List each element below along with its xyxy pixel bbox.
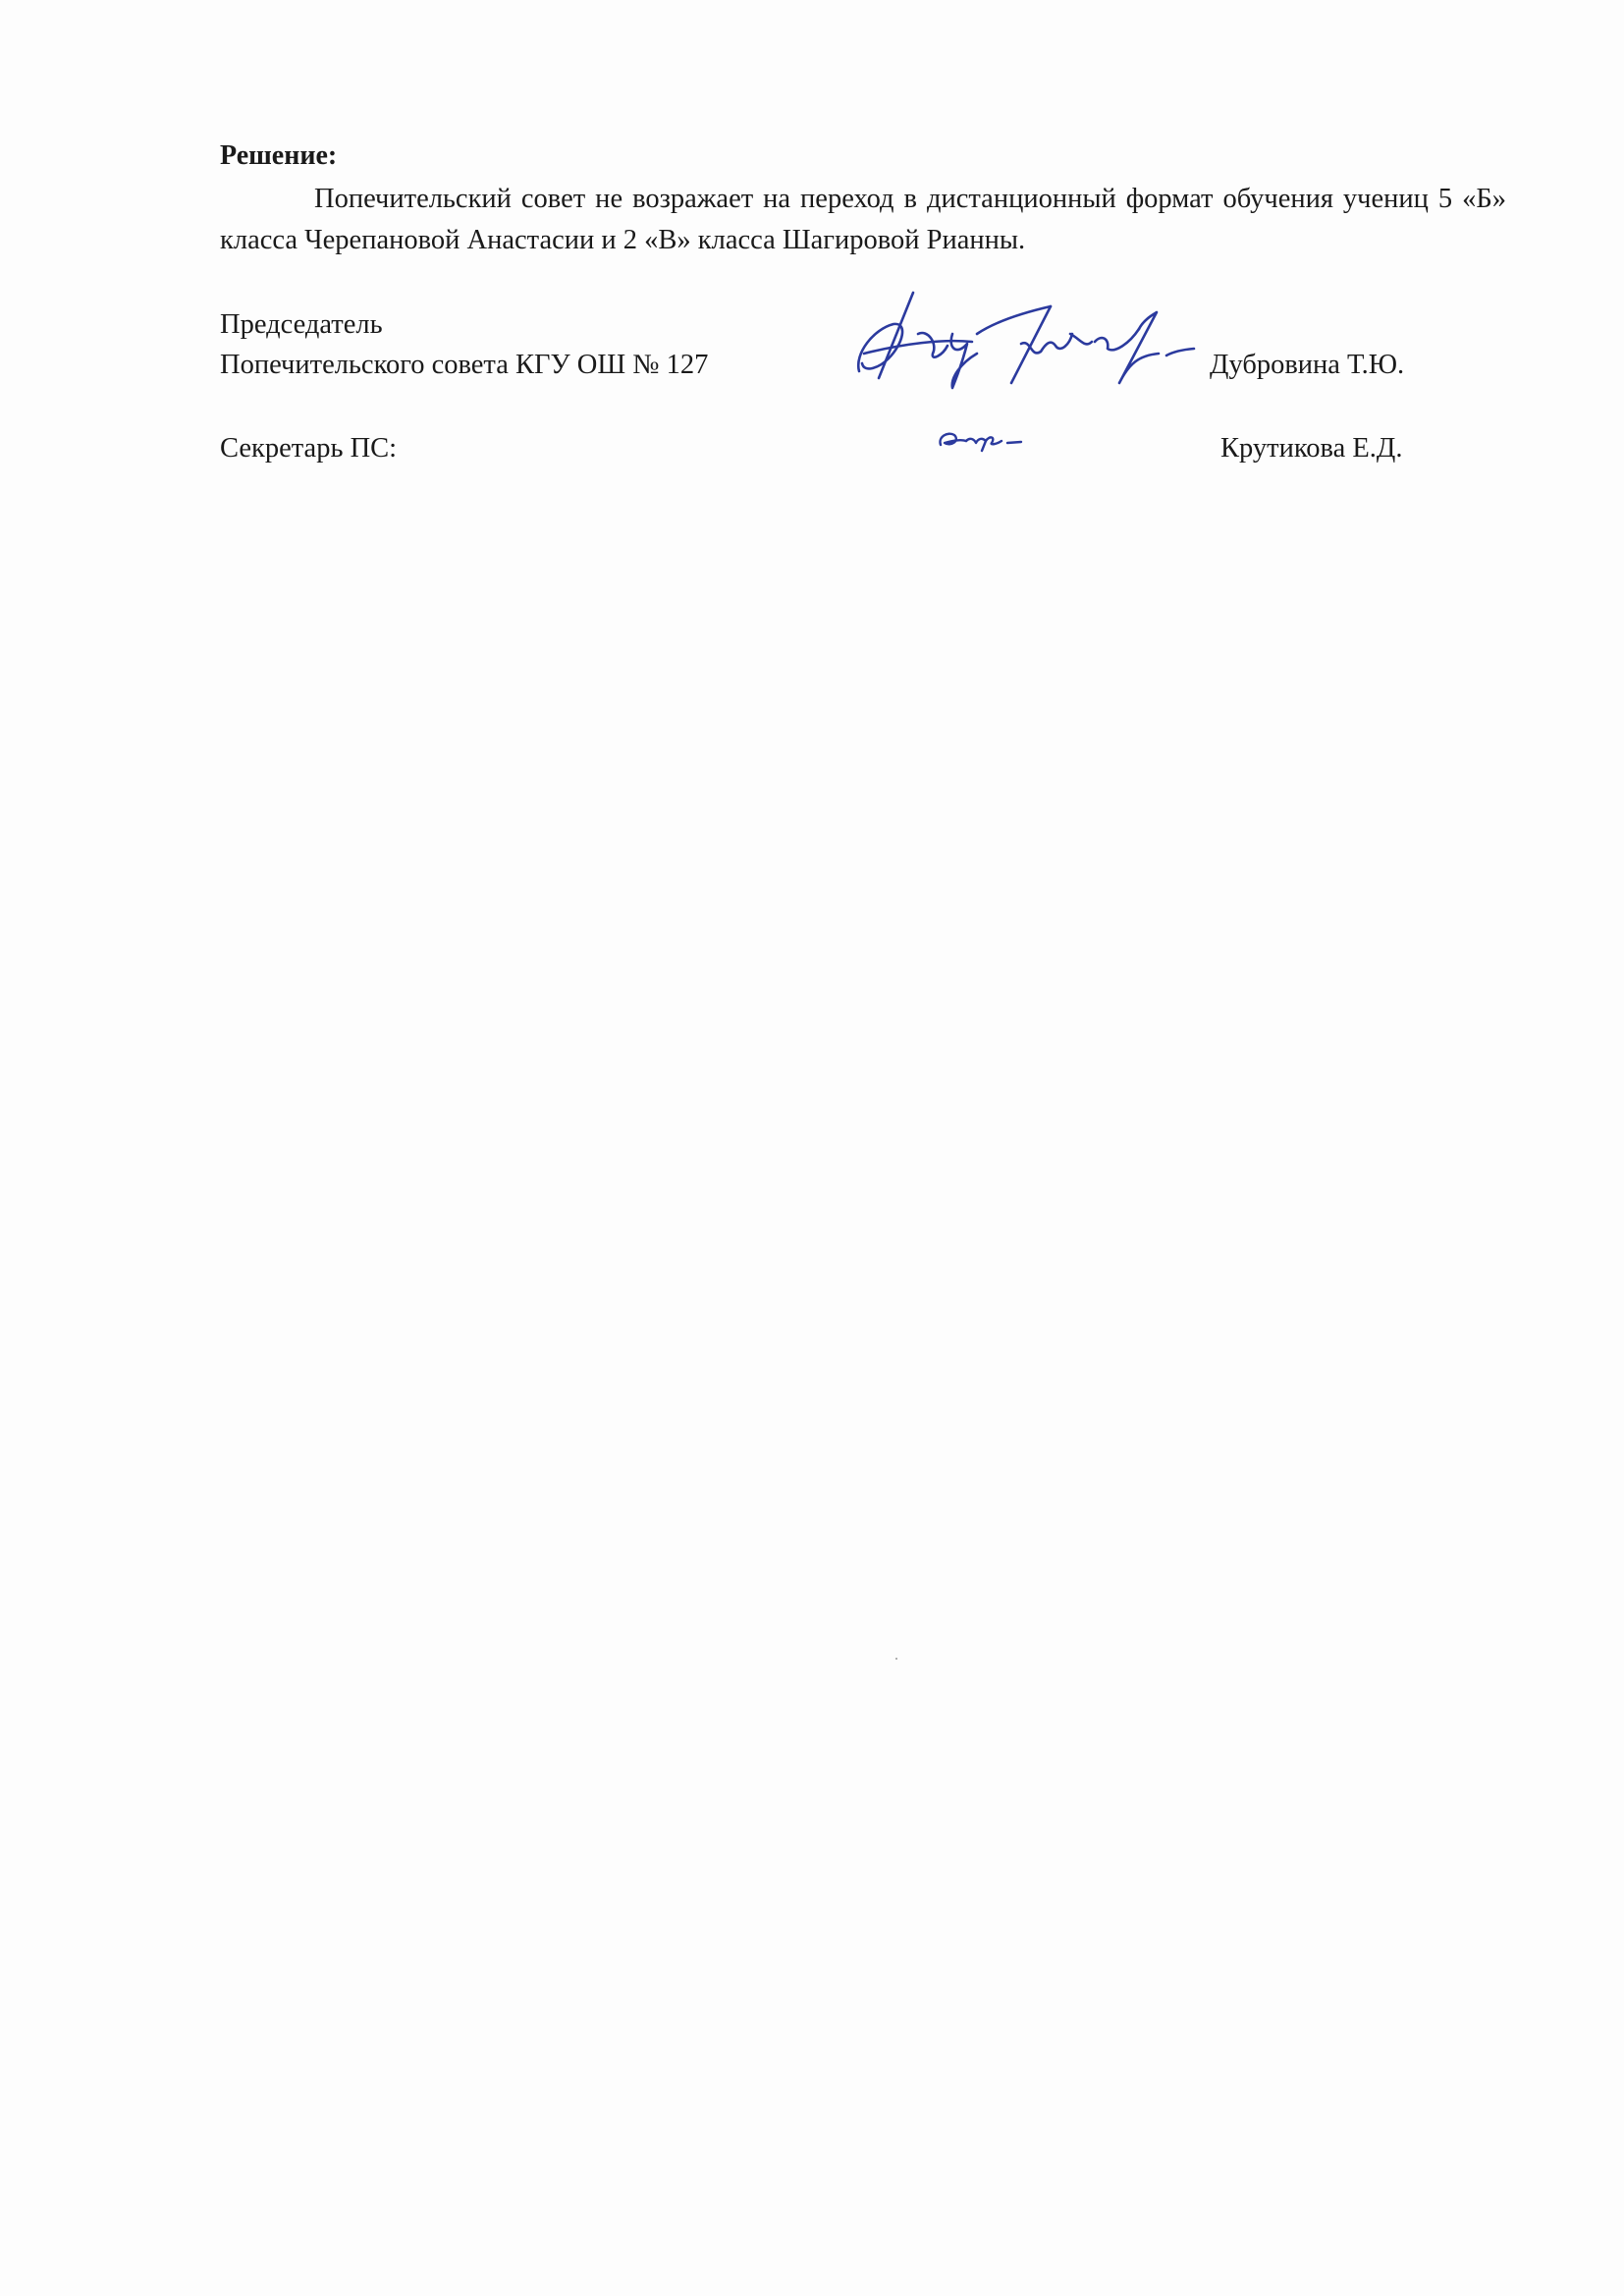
decision-text: Попечительский совет не возражает на пер… xyxy=(220,179,1506,261)
decision-heading: Решение: xyxy=(220,139,337,173)
secretary-name: Крутикова Е.Д. xyxy=(1220,432,1402,465)
document-page: Решение: Попечительский совет не возража… xyxy=(0,0,1624,2296)
chairman-title-line2: Попечительского совета КГУ ОШ № 127 xyxy=(220,349,708,382)
secretary-title: Секретарь ПС: xyxy=(220,432,397,465)
chairman-signature-icon xyxy=(844,285,1198,403)
secretary-signature-icon xyxy=(933,417,1031,457)
chairman-name: Дубровина Т.Ю. xyxy=(1210,349,1404,382)
chairman-title-line1: Председатель xyxy=(220,308,383,342)
scan-speck xyxy=(895,1658,897,1660)
